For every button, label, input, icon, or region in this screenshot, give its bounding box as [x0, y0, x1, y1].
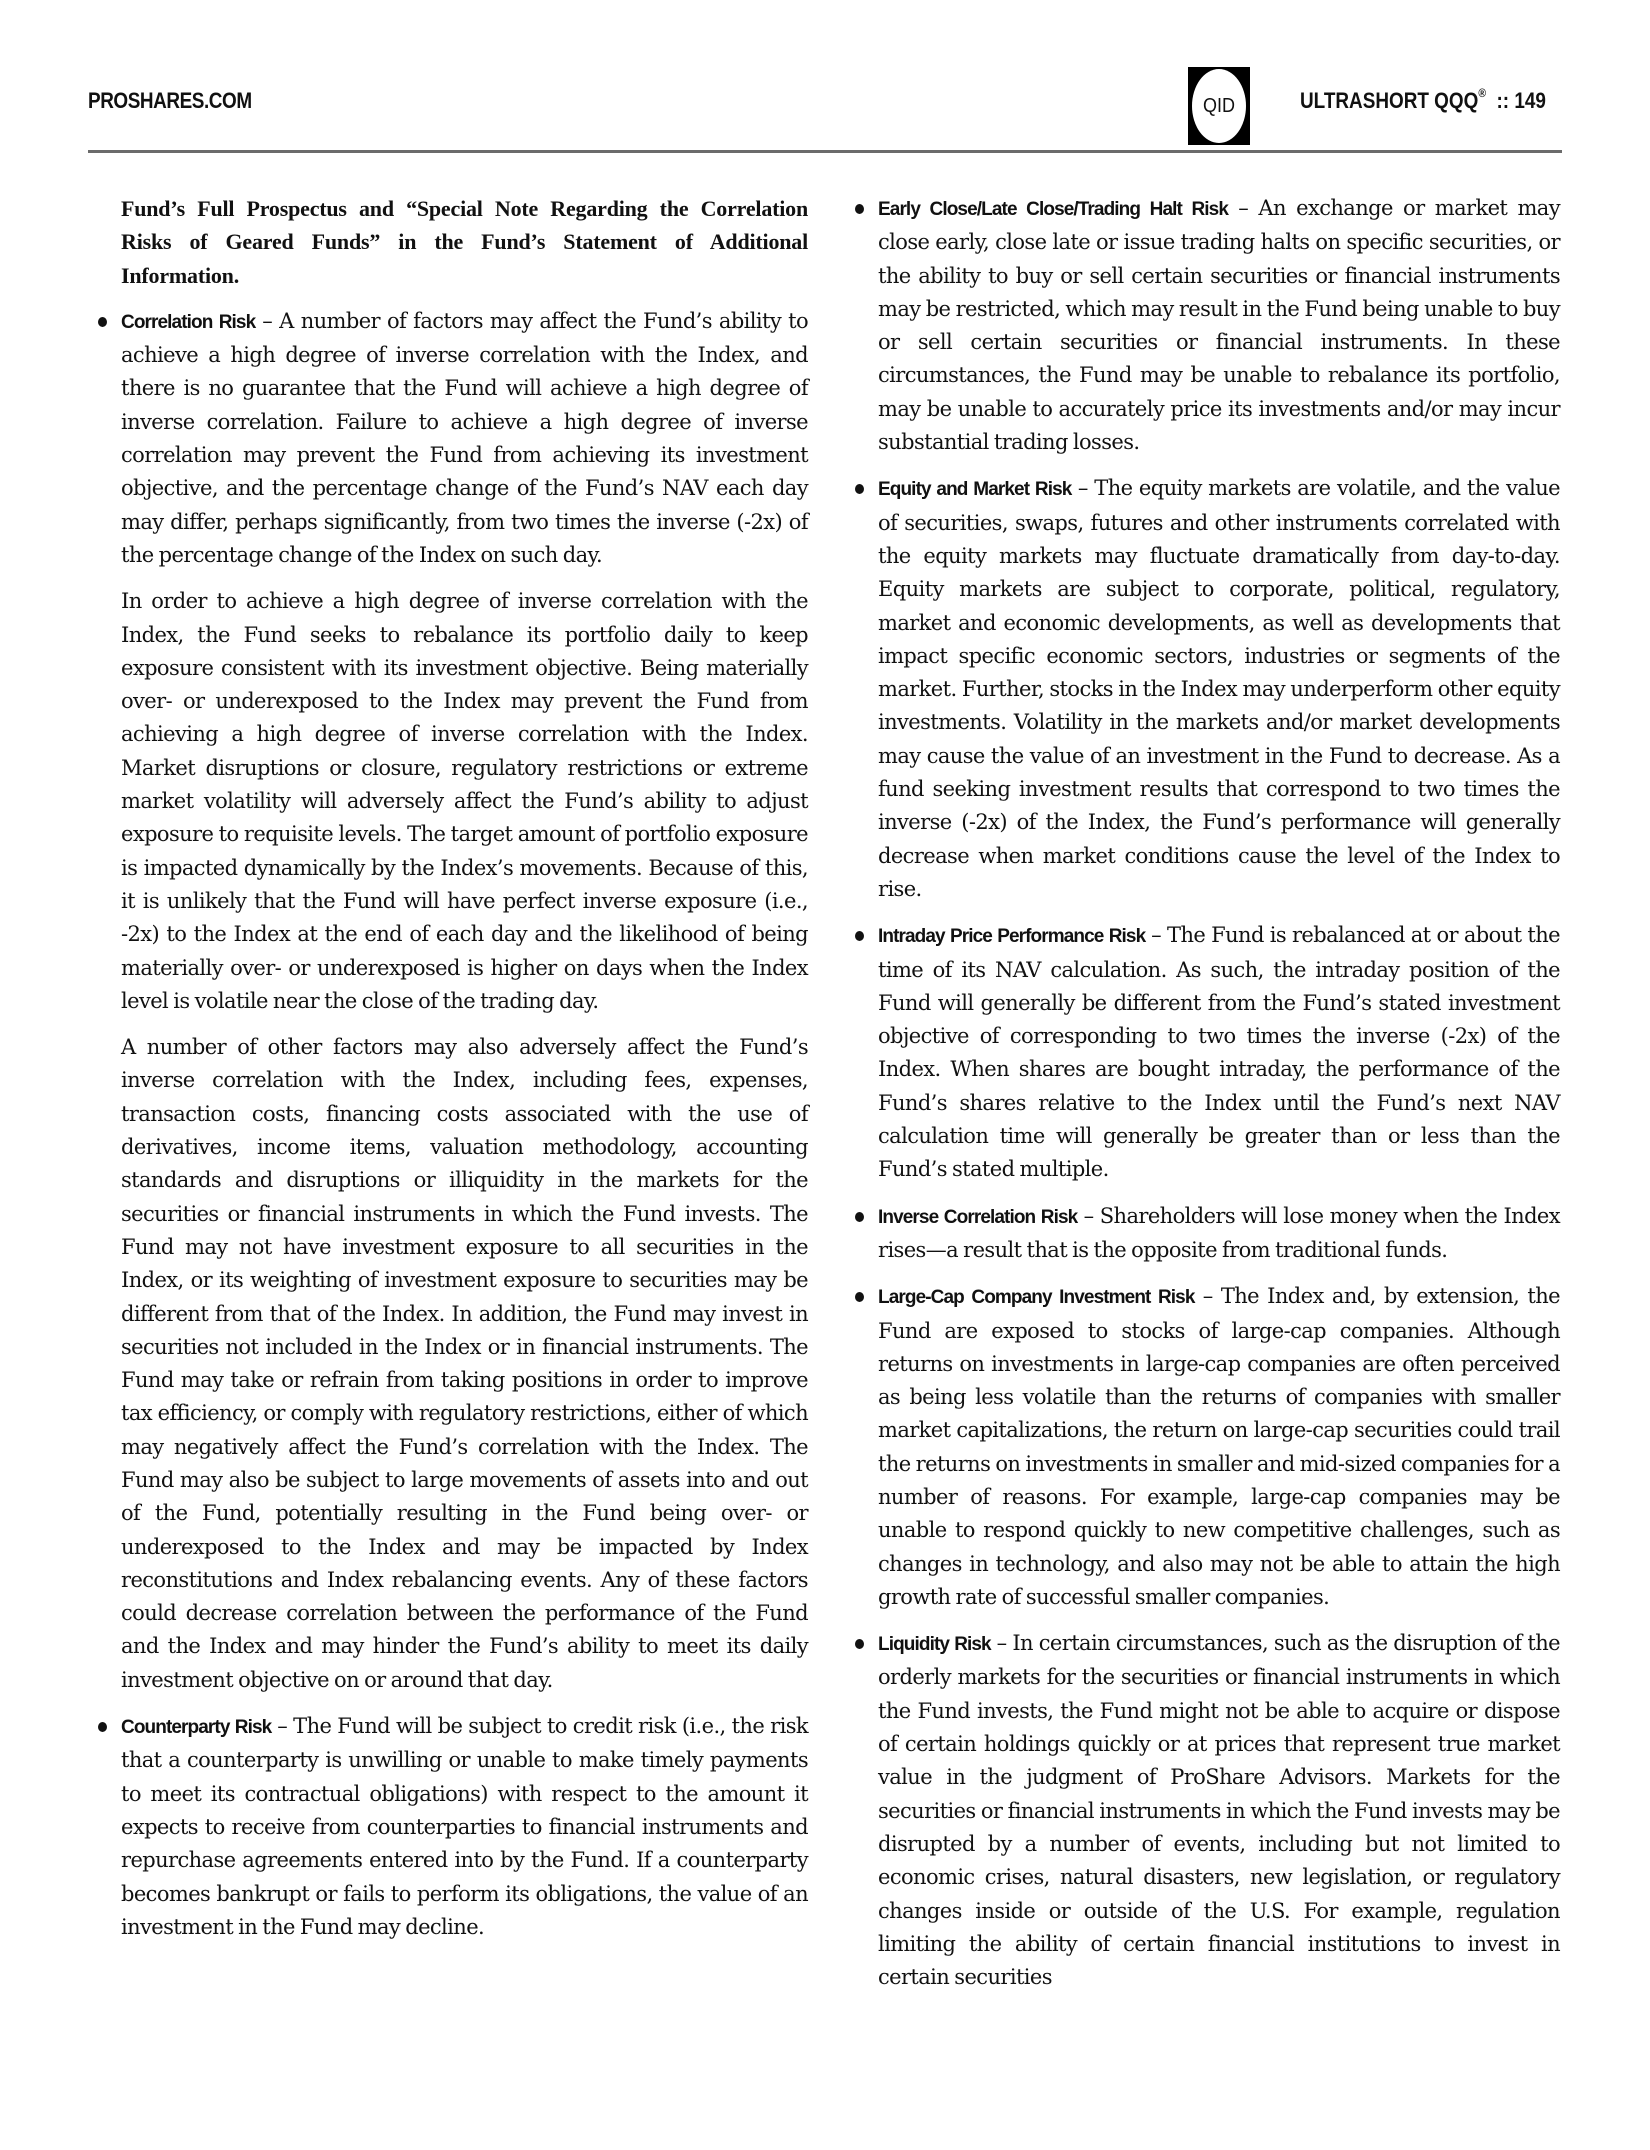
site-url: PROSHARES.COM	[88, 88, 252, 114]
risk-item-liquidity: Liquidity Risk – In certain circumstance…	[878, 1627, 1560, 1994]
bullet-icon	[98, 317, 107, 327]
fund-name: ULTRASHORT QQQ	[1300, 88, 1478, 113]
risk-text: An exchange or market may close early, c…	[878, 196, 1560, 454]
bullet-icon	[855, 1292, 864, 1302]
risk-term: Early Close/Late Close/Trading Halt Risk	[878, 199, 1228, 220]
header-divider	[88, 150, 1562, 153]
body-paragraph: In order to achieve a high degree of inv…	[121, 585, 808, 1018]
term-dash: –	[255, 309, 279, 333]
bullet-icon	[855, 484, 864, 494]
risk-term: Inverse Correlation Risk	[878, 1207, 1077, 1228]
bullet-icon	[855, 204, 864, 214]
risk-term: Large-Cap Company Investment Risk	[878, 1287, 1195, 1308]
risk-text: The Fund is rebalanced at or about the t…	[878, 923, 1560, 1181]
risk-term: Intraday Price Performance Risk	[878, 926, 1145, 947]
bullet-icon	[98, 1722, 107, 1732]
page-number: 149	[1514, 88, 1546, 113]
risk-item-intraday: Intraday Price Performance Risk – The Fu…	[878, 919, 1560, 1186]
ticker-badge-label: QID	[1192, 69, 1246, 143]
term-dash: –	[271, 1714, 293, 1738]
term-dash: –	[1077, 1204, 1099, 1228]
risk-item-large-cap: Large-Cap Company Investment Risk – The …	[878, 1280, 1560, 1614]
risk-term: Equity and Market Risk	[878, 479, 1071, 500]
risk-text: The Fund will be subject to credit risk …	[121, 1714, 808, 1939]
right-column: Early Close/Late Close/Trading Halt Risk…	[878, 192, 1560, 2007]
ticker-badge: QID	[1188, 67, 1250, 145]
term-dash: –	[1145, 923, 1167, 947]
risk-term: Liquidity Risk	[878, 1634, 991, 1655]
lead-paragraph: Fund’s Full Prospectus and “Special Note…	[121, 192, 808, 292]
risk-item-early-close: Early Close/Late Close/Trading Halt Risk…	[878, 192, 1560, 459]
risk-term: Correlation Risk	[121, 312, 255, 333]
risk-item-correlation: Correlation Risk – A number of factors m…	[121, 305, 808, 572]
page-header: PROSHARES.COM QID ULTRASHORT QQQ® :: 149	[0, 0, 1650, 160]
risk-item-inverse-correlation: Inverse Correlation Risk – Shareholders …	[878, 1200, 1560, 1268]
risk-text: A number of factors may affect the Fund’…	[121, 309, 808, 567]
risk-text: The equity markets are volatile, and the…	[878, 476, 1560, 901]
risk-text: The Index and, by extension, the Fund ar…	[878, 1284, 1560, 1609]
term-dash: –	[1195, 1284, 1221, 1308]
bullet-icon	[855, 1212, 864, 1222]
term-dash: –	[991, 1631, 1013, 1655]
risk-term: Counterparty Risk	[121, 1717, 271, 1738]
left-column: Fund’s Full Prospectus and “Special Note…	[121, 192, 808, 1957]
bullet-icon	[855, 931, 864, 941]
risk-item-equity-market: Equity and Market Risk – The equity mark…	[878, 472, 1560, 906]
bullet-icon	[855, 1639, 864, 1649]
registered-trademark: ®	[1478, 86, 1486, 100]
body-paragraph: A number of other factors may also adver…	[121, 1031, 808, 1697]
fund-title: ULTRASHORT QQQ® :: 149	[1300, 88, 1546, 114]
risk-item-counterparty: Counterparty Risk – The Fund will be sub…	[121, 1710, 808, 1944]
term-dash: –	[1071, 476, 1094, 500]
risk-text: In certain circumstances, such as the di…	[878, 1631, 1560, 1989]
term-dash: –	[1228, 196, 1258, 220]
title-separator: ::	[1496, 88, 1509, 113]
